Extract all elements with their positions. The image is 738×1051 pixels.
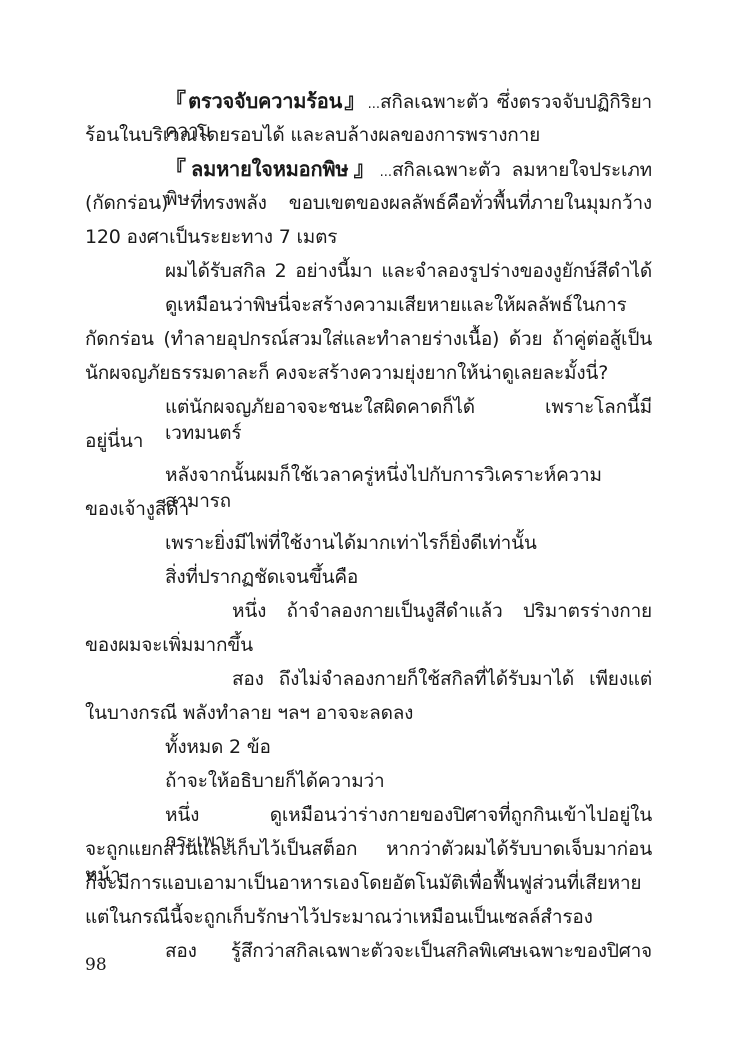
bracket-open: 『 <box>165 156 191 181</box>
text-line: 120 องศาเป็นระยะทาง 7 เมตร <box>85 224 652 250</box>
text-line: ร้อนในบริเวณโดยรอบได้ และลบล้างผลของการพ… <box>85 122 652 148</box>
bracket-open: 『 <box>165 88 188 113</box>
list-item-one: หนึ่ง ถ้าจำลองกายเป็นงูสีดำแล้ว ปริมาตรร… <box>232 598 652 624</box>
list-item-two: สอง ถึงไม่จำลองกายก็ใช้สกิลที่ได้รับมาได… <box>232 666 652 692</box>
text-line: แต่ในกรณีนี้จะถูกเก็บรักษาไว้ประมาณว่าเห… <box>85 904 652 930</box>
book-page: 『ตรวจจับความร้อน』...สกิลเฉพาะตัว ซึ่งตรว… <box>0 0 738 1051</box>
ellipsis: ... <box>380 165 392 180</box>
paragraph-start: ถ้าจะให้อธิบายก็ได้ความว่า <box>165 768 652 794</box>
text-line: กัดกร่อน (ทำลายอุปกรณ์สวมใส่และทำลายร่าง… <box>85 326 652 352</box>
bracket-close: 』 <box>342 88 367 113</box>
paragraph-start: เพราะยิ่งมีไพ่ที่ใช้งานได้มากเท่าไรก็ยิ่… <box>165 530 652 556</box>
text-line: ของผมจะเพิ่มมากขึ้น <box>85 632 652 658</box>
page-number: 98 <box>85 955 107 975</box>
text-line: ก็จะมีการแอบเอามาเป็นอาหารเองโดยอัตโนมัต… <box>85 870 652 896</box>
bracket-close: 』 <box>348 156 379 181</box>
text-line: ของเจ้างูสีดำ <box>85 496 652 522</box>
text-line: นักผจญภัยธรรมดาละก็ คงจะสร้างความยุ่งยาก… <box>85 360 652 386</box>
paragraph-start: ทั้งหมด 2 ข้อ <box>165 734 652 760</box>
skill-name-poison-mist-breath: ลมหายใจหมอกพิษ <box>191 157 348 181</box>
text-line: ในบางกรณี พลังทำลาย ฯลฯ อาจจะลดลง <box>85 700 652 726</box>
paragraph-start: ผมได้รับสกิล 2 อย่างนี้มา และจำลองรูปร่า… <box>165 258 652 284</box>
text-line: (กัดกร่อน) ที่ทรงพลัง ขอบเขตของผลลัพธ์คื… <box>85 190 652 216</box>
skill-name-heat-detection: ตรวจจับความร้อน <box>188 89 342 113</box>
text-line: อยู่นี่นา <box>85 428 652 454</box>
paragraph-start: สิ่งที่ปรากฏชัดเจนขึ้นคือ <box>165 564 652 590</box>
paragraph-start: ดูเหมือนว่าพิษนี่จะสร้างความเสียหายและให… <box>165 292 652 318</box>
explanation-two: สอง รู้สึกว่าสกิลเฉพาะตัวจะเป็นสกิลพิเศษ… <box>165 938 652 964</box>
ellipsis: ... <box>368 97 380 112</box>
